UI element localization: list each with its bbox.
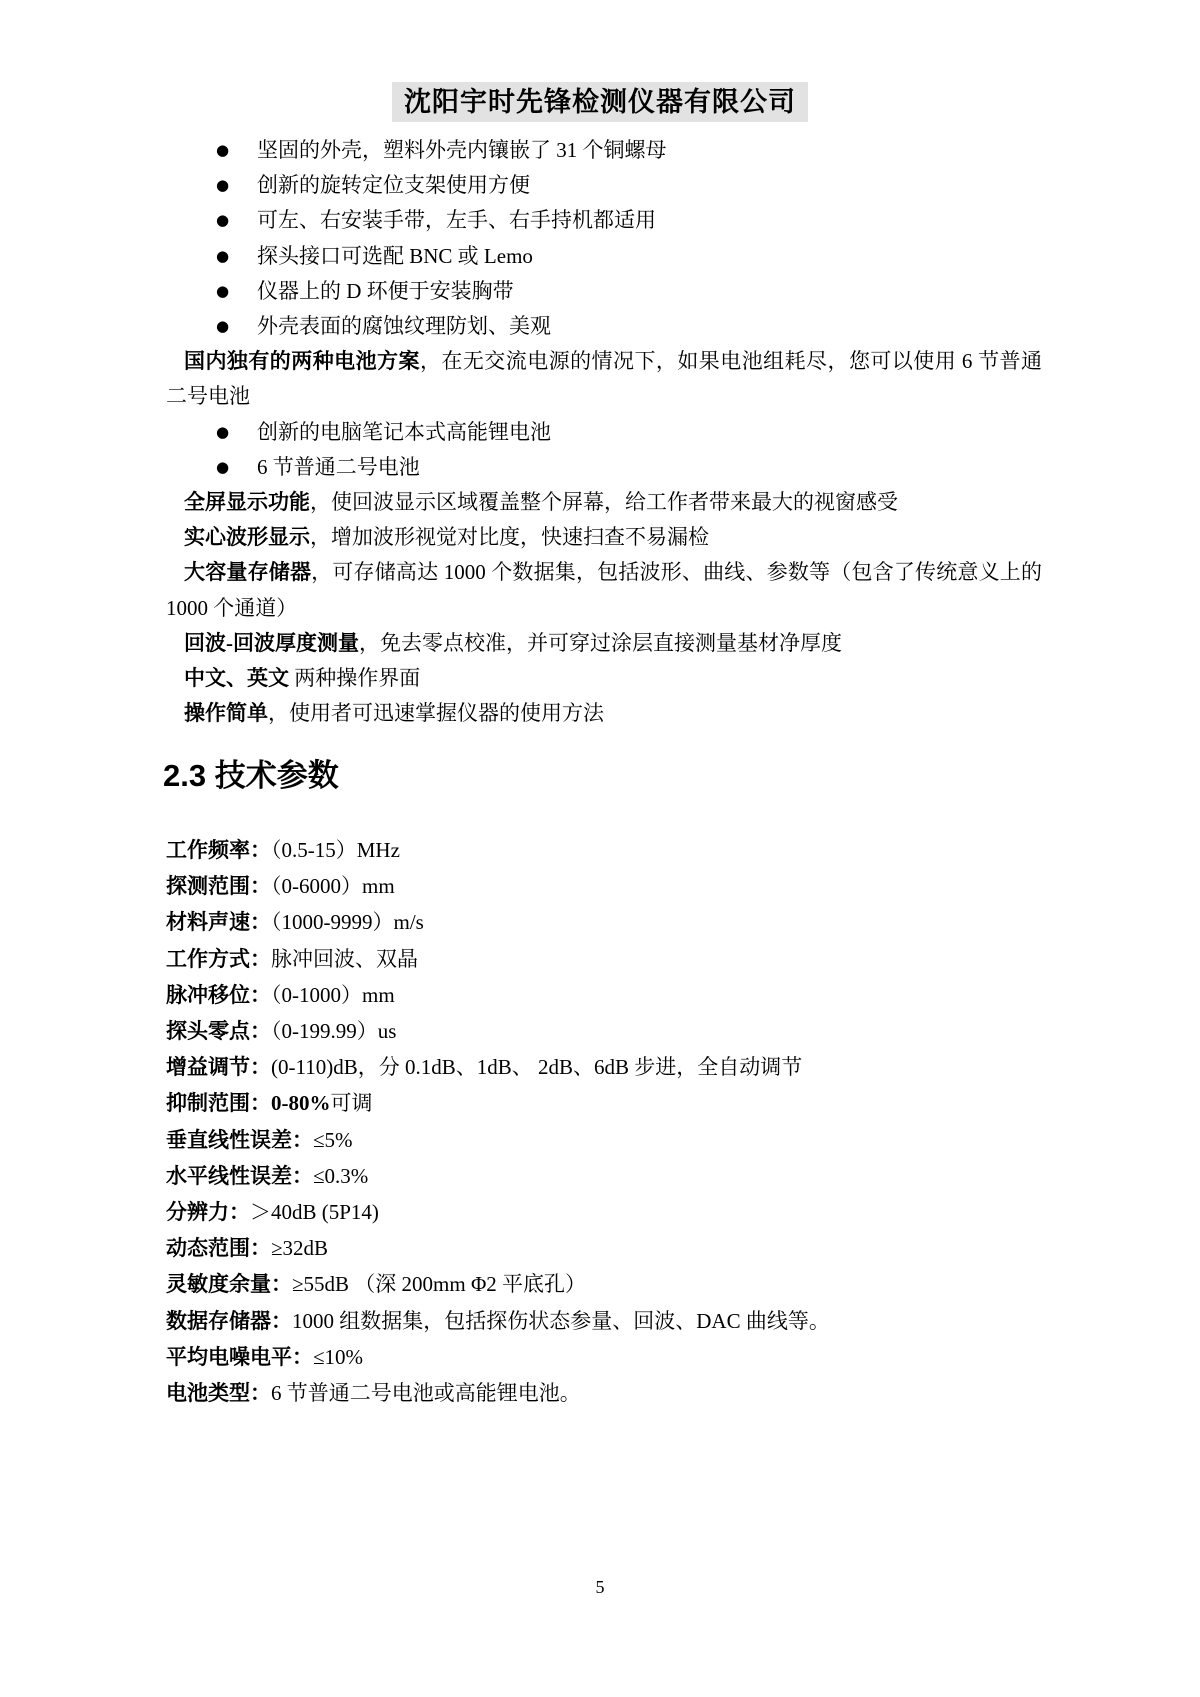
param-value: 可调	[331, 1091, 373, 1115]
param-value: （1000-9999）m/s	[271, 910, 424, 934]
parameter-list: 工作频率：（0.5-15）MHz 探测范围：（0-6000）mm 材料声速：（1…	[166, 832, 1066, 1411]
paragraph-lead: 大容量存储器	[184, 560, 311, 584]
param-row: 工作频率：（0.5-15）MHz	[166, 832, 1066, 868]
param-label: 抑制范围：	[166, 1091, 271, 1115]
paragraph-rest: 两种操作界面	[289, 666, 420, 690]
param-label: 灵敏度余量：	[166, 1272, 292, 1296]
param-value: ≤10%	[313, 1345, 363, 1369]
highlight-paragraph: 回波-回波厚度测量，免去零点校准，并可穿过涂层直接测量基材净厚度	[166, 626, 1042, 661]
bullet-icon: ●	[216, 274, 229, 309]
param-label: 探头零点：	[166, 1019, 271, 1043]
paragraph-lead: 全屏显示功能	[184, 490, 310, 514]
param-label: 工作方式：	[166, 947, 271, 971]
bullet-icon: ●	[216, 415, 229, 450]
param-row: 电池类型：6 节普通二号电池或高能锂电池。	[166, 1375, 1066, 1411]
param-row: 探头零点：（0-199.99）us	[166, 1013, 1066, 1049]
paragraph-rest: ，增加波形视觉对比度，快速扫查不易漏检	[310, 525, 709, 549]
param-value: ≤0.3%	[313, 1164, 368, 1188]
param-label: 工作频率：	[166, 838, 271, 862]
param-value: （0.5-15）MHz	[271, 838, 400, 862]
paragraph-rest: ，使用者可迅速掌握仪器的使用方法	[268, 701, 604, 725]
list-item: ● 坚固的外壳，塑料外壳内镶嵌了 31 个铜螺母	[166, 133, 1042, 168]
param-row: 抑制范围：0-80%可调	[166, 1085, 1066, 1121]
param-row: 脉冲移位：（0-1000）mm	[166, 977, 1066, 1013]
highlight-paragraph: 全屏显示功能，使回波显示区域覆盖整个屏幕，给工作者带来最大的视窗感受	[166, 485, 1042, 520]
param-label: 电池类型：	[166, 1381, 271, 1405]
param-value: 脉冲回波、双晶	[271, 947, 418, 971]
param-row: 增益调节：(0-110)dB，分 0.1dB、1dB、 2dB、6dB 步进，全…	[166, 1049, 1066, 1085]
param-value: ≤5%	[313, 1128, 353, 1152]
param-value-bold: 0-80%	[271, 1091, 331, 1115]
battery-note-paragraph: 国内独有的两种电池方案，在无交流电源的情况下，如果电池组耗尽，您可以使用 6 节…	[166, 344, 1042, 414]
paragraph-lead: 回波-回波厚度测量	[184, 631, 359, 655]
bullet-text: 创新的旋转定位支架使用方便	[257, 173, 530, 197]
param-label: 探测范围：	[166, 874, 271, 898]
param-label: 增益调节：	[166, 1055, 271, 1079]
bullet-icon: ●	[216, 168, 229, 203]
page-header: 沈阳宇时先锋检测仪器有限公司	[0, 82, 1200, 122]
bullet-text: 6 节普通二号电池	[257, 455, 420, 479]
highlight-paragraph: 操作简单，使用者可迅速掌握仪器的使用方法	[166, 696, 1042, 731]
list-item: ● 创新的电脑笔记本式高能锂电池	[166, 415, 1042, 450]
bullet-icon: ●	[216, 239, 229, 274]
param-value: （0-1000）mm	[271, 983, 395, 1007]
param-label: 垂直线性误差：	[166, 1128, 313, 1152]
param-row: 分辨力：＞40dB (5P14)	[166, 1194, 1066, 1230]
param-value: ≥55dB （深 200mm Φ2 平底孔）	[292, 1272, 586, 1296]
param-label: 平均电噪电平：	[166, 1345, 313, 1369]
bullet-text: 创新的电脑笔记本式高能锂电池	[257, 420, 551, 444]
paragraph-rest: ，免去零点校准，并可穿过涂层直接测量基材净厚度	[359, 631, 842, 655]
section-heading-technical-parameters: 2.3 技术参数	[163, 756, 339, 796]
bullet-icon: ●	[216, 133, 229, 168]
param-row: 水平线性误差：≤0.3%	[166, 1158, 1066, 1194]
param-row: 数据存储器：1000 组数据集，包括探伤状态参量、回波、DAC 曲线等。	[166, 1303, 1066, 1339]
param-row: 动态范围：≥32dB	[166, 1230, 1066, 1266]
param-value: (0-110)dB，分 0.1dB、1dB、 2dB、6dB 步进，全自动调节	[271, 1055, 802, 1079]
param-value: ＞40dB (5P14)	[250, 1200, 379, 1224]
param-row: 灵敏度余量：≥55dB （深 200mm Φ2 平底孔）	[166, 1266, 1066, 1302]
param-label: 水平线性误差：	[166, 1164, 313, 1188]
company-title: 沈阳宇时先锋检测仪器有限公司	[392, 82, 808, 122]
param-row: 平均电噪电平：≤10%	[166, 1339, 1066, 1375]
param-label: 动态范围：	[166, 1236, 271, 1260]
list-item: ● 仪器上的 D 环便于安装胸带	[166, 274, 1042, 309]
list-item: ● 探头接口可选配 BNC 或 Lemo	[166, 239, 1042, 274]
paragraph-lead: 国内独有的两种电池方案	[184, 349, 420, 373]
param-value: 6 节普通二号电池或高能锂电池。	[271, 1381, 581, 1405]
param-label: 材料声速：	[166, 910, 271, 934]
bullet-text: 外壳表面的腐蚀纹理防划、美观	[257, 314, 551, 338]
param-value: ≥32dB	[271, 1236, 328, 1260]
highlight-paragraph: 中文、英文 两种操作界面	[166, 661, 1042, 696]
bullet-text: 仪器上的 D 环便于安装胸带	[257, 279, 514, 303]
bullet-icon: ●	[216, 203, 229, 238]
list-item: ● 外壳表面的腐蚀纹理防划、美观	[166, 309, 1042, 344]
highlight-paragraph: 大容量存储器，可存储高达 1000 个数据集，包括波形、曲线、参数等（包含了传统…	[166, 555, 1042, 625]
document-page: 沈阳宇时先锋检测仪器有限公司 ● 坚固的外壳，塑料外壳内镶嵌了 31 个铜螺母 …	[0, 0, 1200, 1697]
feature-section: ● 坚固的外壳，塑料外壳内镶嵌了 31 个铜螺母 ● 创新的旋转定位支架使用方便…	[166, 133, 1042, 731]
list-item: ● 创新的旋转定位支架使用方便	[166, 168, 1042, 203]
list-item: ● 6 节普通二号电池	[166, 450, 1042, 485]
bullet-text: 可左、右安装手带，左手、右手持机都适用	[257, 208, 656, 232]
paragraph-lead: 中文、英文	[184, 666, 289, 690]
param-label: 数据存储器：	[166, 1309, 292, 1333]
param-row: 材料声速：（1000-9999）m/s	[166, 904, 1066, 940]
param-label: 脉冲移位：	[166, 983, 271, 1007]
param-value: 1000 组数据集，包括探伤状态参量、回波、DAC 曲线等。	[292, 1309, 830, 1333]
bullet-icon: ●	[216, 309, 229, 344]
bullet-text: 坚固的外壳，塑料外壳内镶嵌了 31 个铜螺母	[257, 138, 667, 162]
bullet-icon: ●	[216, 450, 229, 485]
param-value: （0-199.99）us	[271, 1019, 396, 1043]
highlight-paragraph: 实心波形显示，增加波形视觉对比度，快速扫查不易漏检	[166, 520, 1042, 555]
paragraph-lead: 实心波形显示	[184, 525, 310, 549]
param-row: 工作方式：脉冲回波、双晶	[166, 941, 1066, 977]
param-label: 分辨力：	[166, 1200, 250, 1224]
bullet-text: 探头接口可选配 BNC 或 Lemo	[257, 244, 533, 268]
param-row: 垂直线性误差：≤5%	[166, 1122, 1066, 1158]
page-number: 5	[0, 1575, 1200, 1599]
paragraph-lead: 操作简单	[184, 701, 268, 725]
param-value: （0-6000）mm	[271, 874, 395, 898]
param-row: 探测范围：（0-6000）mm	[166, 868, 1066, 904]
list-item: ● 可左、右安装手带，左手、右手持机都适用	[166, 203, 1042, 238]
paragraph-rest: ，使回波显示区域覆盖整个屏幕，给工作者带来最大的视窗感受	[310, 490, 898, 514]
